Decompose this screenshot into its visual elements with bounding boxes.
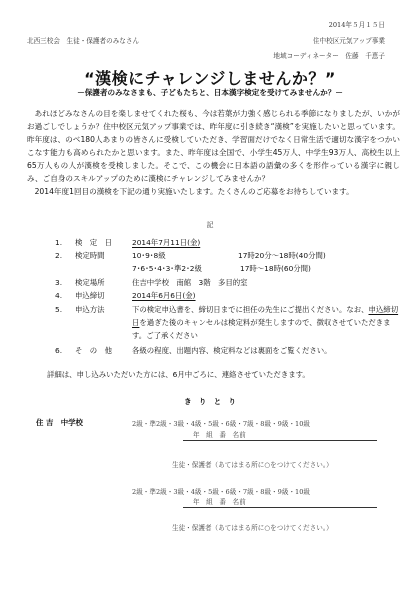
body-text: あれほどみなさんの目を楽しませてくれた桜も、今は若葉が力強く感じられる季節になり… [27,107,400,198]
item-number: 6. [55,344,75,357]
item-apply-method: 5.申込方法 [55,303,132,316]
cut-line-label: き り と り [0,396,420,407]
item-label: 検定時間 [75,249,132,262]
item-value: 2014年6月6日(金) [132,289,196,302]
document-date: 2014年５月１５日 [329,19,385,29]
item-time-a: 17時20分～18時(40分間) [238,249,326,262]
item-label: 申込方法 [75,303,132,316]
item-exam-time: 2.検定時間10･9･8級 [55,249,166,262]
item-number: 3. [55,276,75,289]
item-value: 住吉中学校 南館 3階 多目的室 [132,276,248,289]
body-paragraph-1: あれほどみなさんの目を楽しませてくれた桜も、今は若葉が力強く感じられる季節になり… [27,107,400,185]
item-number: 4. [55,289,75,302]
item-grades-a: 10･9･8級 [132,249,166,262]
details-note: 詳細は、申し込みいただいた方には、6月中ごろに、連絡させていただきます。 [47,369,310,380]
item-value: 各級の程度、出題内容、検定料などは裏面をご覧ください。 [132,344,332,357]
item-exam-place: 3.検定場所住吉中学校 南館 3階 多目的室 [55,276,248,289]
role-options-2[interactable]: 生徒・保護者（あてはまる所に○をつけてください。） [172,522,333,532]
item-number: 2. [55,249,75,262]
notice-heading: 記 [0,220,420,230]
item-deadline: 4.申込締切2014年6月6日(金) [55,289,196,302]
recipient: 北西三校会 生徒・保護者のみなさん [27,35,139,45]
item-exam-date: 1.検 定 日2014年7月11日(金) [55,236,200,249]
sender-organization: 住中校区元気アップ事業 [313,35,385,45]
method-text-cont: を過ぎた後のキャンセルは検定料が発生しますので、徴収させていただきます。ご了承く… [132,318,391,340]
body-paragraph-2: 2014年度1回目の漢検を下記の通り実施いたします。たくさんのご応募をお待ちして… [27,185,400,198]
page-title: “漢検にチャレンジしませんか？” [0,66,420,89]
item-time-b: 17時～18時(60分間) [240,262,311,275]
item-label: 検定場所 [75,276,132,289]
name-field-1[interactable]: 年 組 番 名前 [183,430,377,441]
page-subtitle: －保護者のみなさまも、子どもたちと、日本漢字検定を受けてみませんか？－ [0,87,420,98]
item-label: 申込締切 [75,289,132,302]
name-field-2[interactable]: 年 組 番 名前 [183,497,377,508]
grade-options-2[interactable]: 2級・準2級・3級・4級・5級・6級・7級・8級・9級・10級 [132,486,310,496]
item-grades-b: 7･6･5･4･3･準2･2級 [132,262,202,275]
item-other: 6.そ の 他各級の程度、出題内容、検定料などは裏面をご覧ください。 [55,344,332,357]
item-value: 2014年7月11日(金) [132,236,200,249]
item-label: 検 定 日 [75,236,132,249]
item-number: 1. [55,236,75,249]
sender-person: 地域コーディネーター 佐藤 千恵子 [273,50,385,60]
school-name: 住 吉 中学校 [36,417,83,428]
grade-options-1[interactable]: 2級・準2級・3級・4級・5級・6級・7級・8級・9級・10級 [132,418,310,428]
method-text: 下の検定申込書を、締切日までに担任の先生にご提出ください。なお、 [132,305,369,314]
item-label: そ の 他 [75,344,132,357]
role-options-1[interactable]: 生徒・保護者（あてはまる所に○をつけてください。） [172,459,333,469]
item-number: 5. [55,303,75,316]
item-apply-method-value: 下の検定申込書を、締切日までに担任の先生にご提出ください。なお、申込締切日を過ぎ… [132,303,400,342]
